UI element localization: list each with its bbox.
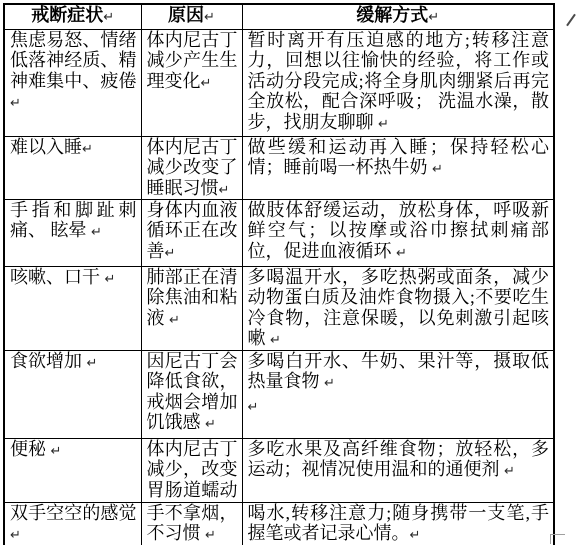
paragraph-mark-icon: ↵ — [165, 246, 176, 261]
paragraph-mark-icon: ↵ — [504, 464, 515, 479]
cell-cause: 体内尼古丁减少产生生理变化↵ — [141, 29, 242, 136]
cell-paragraph: 手指和脚趾刺痛、 眩晕 ↵ — [10, 200, 137, 244]
withdrawal-symptoms-table: 戒断症状↵ 原因↵ 缓解方式↵ 焦虑易怒、情绪低落神经质、精神难集中、疲倦 ↵体… — [3, 3, 555, 545]
table-row: 便秘 ↵体内尼古丁减少，改变胃肠道蠕动 ↵多吃水果及高纤维食物；放轻松，多运动；… — [4, 438, 554, 502]
cell-paragraph: 多喝白开水、牛奶、果汁等，摄取低热量食物 ↵ — [248, 351, 550, 395]
cell-paragraph: 体内尼古丁减少改变了睡眠习惯↵ — [147, 137, 238, 199]
table-header-row: 戒断症状↵ 原因↵ 缓解方式↵ — [4, 4, 554, 29]
table-row: 焦虑易怒、情绪低落神经质、精神难集中、疲倦 ↵体内尼古丁减少产生生理变化↵暂时离… — [4, 29, 554, 136]
table-row: 食欲增加 ↵因尼古丁会降低食欲，戒烟会增加饥饿感 ↵多喝白开水、牛奶、果汁等，摄… — [4, 350, 554, 438]
paragraph-mark-icon: ↵ — [103, 10, 114, 25]
paragraph-mark-icon: ↵ — [378, 117, 389, 132]
cell-relief: 喝水,转移注意力;随身携带一支笔,手握笔或者记录心情。↵ — [242, 502, 554, 545]
cell-relief: 多吃水果及高纤维食物；放轻松，多运动；视情况使用温和的通便剂 ↵ — [242, 438, 554, 502]
table-row: 咳嗽、口干 ↵肺部正在清除焦油和粘液 ↵多喝温开水，多吃热粥或面条，减少动物蛋白… — [4, 266, 554, 350]
cell-paragraph: 多喝温开水，多吃热粥或面条，减少动物蛋白质及油炸食物摄入;不要吃生冷食物，注意保… — [248, 267, 550, 350]
paragraph-mark-icon: ↵ — [82, 142, 93, 157]
cell-paragraph: 焦虑易怒、情绪低落神经质、精神难集中、疲倦 ↵ — [10, 30, 137, 115]
paragraph-mark-icon: ↵ — [428, 10, 439, 25]
paragraph-mark-icon: ↵ — [105, 272, 116, 287]
paragraph-mark-icon: ↵ — [410, 528, 421, 543]
cell-cause: 因尼古丁会降低食欲，戒烟会增加饥饿感 ↵ — [141, 350, 242, 438]
cell-relief: 暂时离开有压迫感的地方;转移注意力，回想以往愉快的经验，将工作或活动分段完成;将… — [242, 29, 554, 136]
cell-symptom: 手指和脚趾刺痛、 眩晕 ↵ — [4, 199, 141, 266]
cell-paragraph: 体内尼古丁减少，改变胃肠道蠕动 ↵ — [147, 439, 238, 502]
cell-paragraph: 身体内血液循环正在改善↵ — [147, 200, 238, 265]
cell-symptom: 食欲增加 ↵ — [4, 350, 141, 438]
document-page: 戒断症状↵ 原因↵ 缓解方式↵ 焦虑易怒、情绪低落神经质、精神难集中、疲倦 ↵体… — [0, 0, 577, 545]
cell-paragraph: 暂时离开有压迫感的地方;转移注意力，回想以往愉快的经验，将工作或活动分段完成;将… — [248, 30, 550, 136]
table-body: 焦虑易怒、情绪低落神经质、精神难集中、疲倦 ↵体内尼古丁减少产生生理变化↵暂时离… — [4, 29, 554, 545]
paragraph-mark-icon: ↵ — [396, 246, 407, 261]
paragraph-mark-icon: ↵ — [205, 417, 216, 432]
cell-relief: 做肢体舒缓运动，放松身体，呼吸新鲜空气；以按摩或浴巾擦拭刺痛部位，促进血液循环 … — [242, 199, 554, 266]
paragraph-mark-icon: ↵ — [205, 528, 216, 543]
paragraph-mark-icon: ↵ — [10, 96, 21, 111]
row-end-mark-icon — [566, 14, 576, 27]
cell-relief: 做些缓和运动再入睡；保持轻松心情；睡前喝一杯热牛奶 ↵ — [242, 136, 554, 199]
cell-paragraph: 食欲增加 ↵ — [10, 351, 137, 375]
paragraph-mark-icon: ↵ — [219, 183, 230, 198]
cell-cause: 体内尼古丁减少，改变胃肠道蠕动 ↵ — [141, 438, 242, 502]
cell-paragraph: 肺部正在清除焦油和粘液 ↵ — [147, 267, 238, 332]
cell-paragraph: 手不拿烟，不习惯 ↵ — [147, 503, 238, 545]
cell-paragraph: 做肢体舒缓运动，放松身体，呼吸新鲜空气；以按摩或浴巾擦拭刺痛部位，促进血液循环 … — [248, 200, 550, 265]
header-relief: 缓解方式↵ — [242, 4, 554, 29]
cell-paragraph: 因尼古丁会降低食欲，戒烟会增加饥饿感 ↵ — [147, 351, 238, 436]
paragraph-mark-icon: ↵ — [91, 225, 102, 240]
cell-paragraph: 做些缓和运动再入睡；保持轻松心情；睡前喝一杯热牛奶 ↵ — [248, 137, 550, 181]
paragraph-mark-icon: ↵ — [324, 376, 335, 391]
cell-paragraph: 多吃水果及高纤维食物；放轻松，多运动；视情况使用温和的通便剂 ↵ — [248, 439, 550, 483]
paragraph-mark-icon: ↵ — [248, 400, 259, 415]
paragraph-mark-icon: ↵ — [51, 444, 62, 459]
header-symptom: 戒断症状↵ — [4, 4, 141, 29]
cell-symptom: 咳嗽、口干 ↵ — [4, 266, 141, 350]
paragraph-mark-icon: ↵ — [10, 528, 21, 543]
table-resize-handle-icon[interactable] — [550, 534, 565, 544]
paragraph-mark-icon: ↵ — [169, 313, 180, 328]
cell-cause: 体内尼古丁减少改变了睡眠习惯↵ — [141, 136, 242, 199]
cell-symptom: 焦虑易怒、情绪低落神经质、精神难集中、疲倦 ↵ — [4, 29, 141, 136]
paragraph-mark-icon: ↵ — [201, 76, 212, 91]
cell-paragraph: 喝水,转移注意力;随身携带一支笔,手握笔或者记录心情。↵ — [248, 503, 550, 545]
table-row: 手指和脚趾刺痛、 眩晕 ↵身体内血液循环正在改善↵做肢体舒缓运动，放松身体，呼吸… — [4, 199, 554, 266]
paragraph-mark-icon: ↵ — [87, 356, 98, 371]
cell-paragraph: 咳嗽、口干 ↵ — [10, 267, 137, 291]
cell-paragraph: 双手空空的感觉↵ — [10, 503, 137, 545]
cell-paragraph: 难以入睡↵ — [10, 137, 137, 161]
cell-paragraph: 体内尼古丁减少产生生理变化↵ — [147, 30, 238, 95]
cell-paragraph: 便秘 ↵ — [10, 439, 137, 463]
cell-symptom: 难以入睡↵ — [4, 136, 141, 199]
header-cause: 原因↵ — [141, 4, 242, 29]
cell-symptom: 双手空空的感觉↵ — [4, 502, 141, 545]
cell-cause: 身体内血液循环正在改善↵ — [141, 199, 242, 266]
cell-relief: 多喝白开水、牛奶、果汁等，摄取低热量食物 ↵↵ — [242, 350, 554, 438]
cell-paragraph: ↵ — [248, 395, 550, 419]
cell-cause: 肺部正在清除焦油和粘液 ↵ — [141, 266, 242, 350]
cell-relief: 多喝温开水，多吃热粥或面条，减少动物蛋白质及油炸食物摄入;不要吃生冷食物，注意保… — [242, 266, 554, 350]
paragraph-mark-icon: ↵ — [204, 10, 215, 25]
table-row: 双手空空的感觉↵手不拿烟，不习惯 ↵喝水,转移注意力;随身携带一支笔,手握笔或者… — [4, 502, 554, 545]
paragraph-mark-icon: ↵ — [432, 162, 443, 177]
paragraph-mark-icon: ↵ — [270, 333, 281, 348]
cell-symptom: 便秘 ↵ — [4, 438, 141, 502]
cell-cause: 手不拿烟，不习惯 ↵ — [141, 502, 242, 545]
table-row: 难以入睡↵体内尼古丁减少改变了睡眠习惯↵做些缓和运动再入睡；保持轻松心情；睡前喝… — [4, 136, 554, 199]
